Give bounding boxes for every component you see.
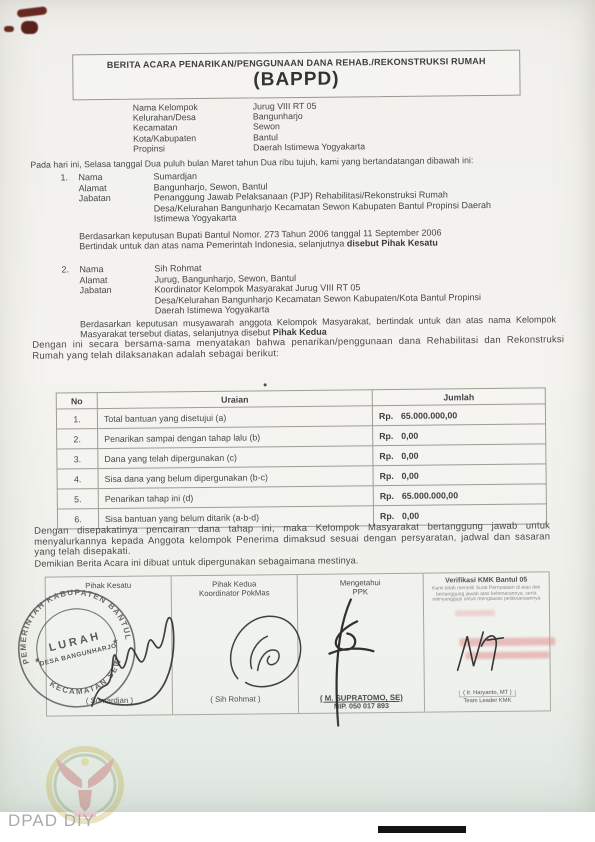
info-value: Bangunharjo — [253, 111, 303, 122]
info-value: Jurug VIII RT 05 — [253, 101, 317, 112]
currency: Rp. — [380, 490, 402, 500]
party-designation: disebut Pihak Kesatu — [347, 238, 438, 249]
row-jumlah: Rp.0,00 — [373, 424, 546, 446]
amount: 0,00 — [401, 430, 418, 440]
row-jumlah: Rp.0,00 — [373, 444, 546, 466]
statement-paragraph: Dengan ini secara bersama-sama menyataka… — [32, 335, 564, 362]
amount: 65.000.000,00 — [402, 490, 458, 501]
closing-paragraph: Dengan disepakatinya pencairan dana taha… — [34, 521, 550, 558]
currency: Rp. — [380, 510, 402, 520]
field-label: Alamat — [79, 274, 154, 285]
svg-text:★: ★ — [34, 656, 42, 665]
fund-summary-table: No Uraian Jumlah 1. Total bantuan yang d… — [56, 387, 547, 529]
currency: Rp. — [379, 450, 401, 460]
scanned-page: BERITA ACARA PENARIKAN/PENGGUNAAN DANA R… — [0, 0, 595, 812]
party-1-basis: Berdasarkan keputusan Bupati Bantul Nomo… — [79, 226, 555, 252]
field-label: Alamat — [79, 182, 154, 193]
row-no: 3. — [57, 449, 98, 469]
row-jumlah: Rp.0,00 — [373, 464, 546, 486]
column-header-no: No — [56, 393, 97, 409]
signature-cell-ppk: Mengetahui PPK ( M. SUPRATOMO, SE) NIP. … — [298, 574, 425, 713]
signatory-nip: NIP. 050 017 893 — [299, 701, 424, 711]
signature-cell-pihak-kedua: Pihak Kedua Koordinator PokMas ( Sih Roh… — [172, 575, 299, 714]
field-label: Nama — [78, 172, 153, 183]
row-no: 5. — [57, 489, 98, 509]
info-row: Propinsi Daerah Istimewa Yogyakarta — [133, 141, 365, 154]
row-jumlah: Rp.65.000.000,00 — [372, 404, 545, 426]
info-value: Daerah Istimewa Yogyakarta — [253, 141, 365, 152]
row-no: 4. — [57, 469, 98, 489]
archive-watermark: DPAD DIY — [8, 811, 95, 831]
amount: 0,00 — [401, 450, 418, 460]
basis-text: Bertindak untuk dan atas nama Pemerintah… — [79, 238, 347, 251]
document-title-box: BERITA ACARA PENARIKAN/PENGGUNAAN DANA R… — [72, 50, 520, 101]
party-number: 1. — [60, 172, 78, 183]
party-number: 2. — [61, 264, 79, 275]
party-2-block: 2. Nama Sih Rohmat Alamat Jurug, Bangunh… — [61, 259, 558, 340]
currency: Rp. — [379, 430, 401, 440]
faint-red-stamp — [455, 597, 564, 708]
party-1-block: 1. Nama Sumardjan Alamat Bangunharjo, Se… — [60, 167, 557, 252]
signatory-name: ( Sih Rohmat ) — [173, 694, 298, 704]
currency: Rp. — [379, 410, 401, 420]
field-label: Jabatan — [79, 192, 154, 203]
document-title-abbrev: (BAPPD) — [73, 67, 519, 94]
party-designation: Pihak Kedua — [273, 327, 327, 338]
row-jumlah: Rp.65.000.000,00 — [373, 484, 546, 506]
signatory-subrole: Koordinator PokMas — [172, 588, 297, 598]
info-value: Bantul — [253, 132, 278, 142]
document-content: BERITA ACARA PENARIKAN/PENGGUNAAN DANA R… — [0, 0, 595, 815]
amount: 65.000.000,00 — [401, 410, 457, 421]
column-header-jumlah: Jumlah — [372, 388, 545, 406]
amount: 0,00 — [402, 470, 419, 480]
currency: Rp. — [380, 470, 402, 480]
info-label: Propinsi — [133, 142, 253, 153]
scan-black-bar — [378, 826, 466, 833]
scan-dot-artifact — [264, 383, 267, 386]
row-no: 1. — [56, 409, 97, 429]
row-no: 2. — [57, 429, 98, 449]
signatory-subrole: PPK — [298, 587, 423, 597]
amount: 0,00 — [402, 510, 419, 520]
svg-text:★: ★ — [111, 637, 119, 646]
info-value: Sewon — [253, 122, 280, 132]
group-info-block: Nama Kelompok Jurug VIII RT 05 Kelurahan… — [133, 100, 366, 153]
field-label: Jabatan — [80, 284, 155, 295]
field-label: Nama — [79, 263, 154, 274]
